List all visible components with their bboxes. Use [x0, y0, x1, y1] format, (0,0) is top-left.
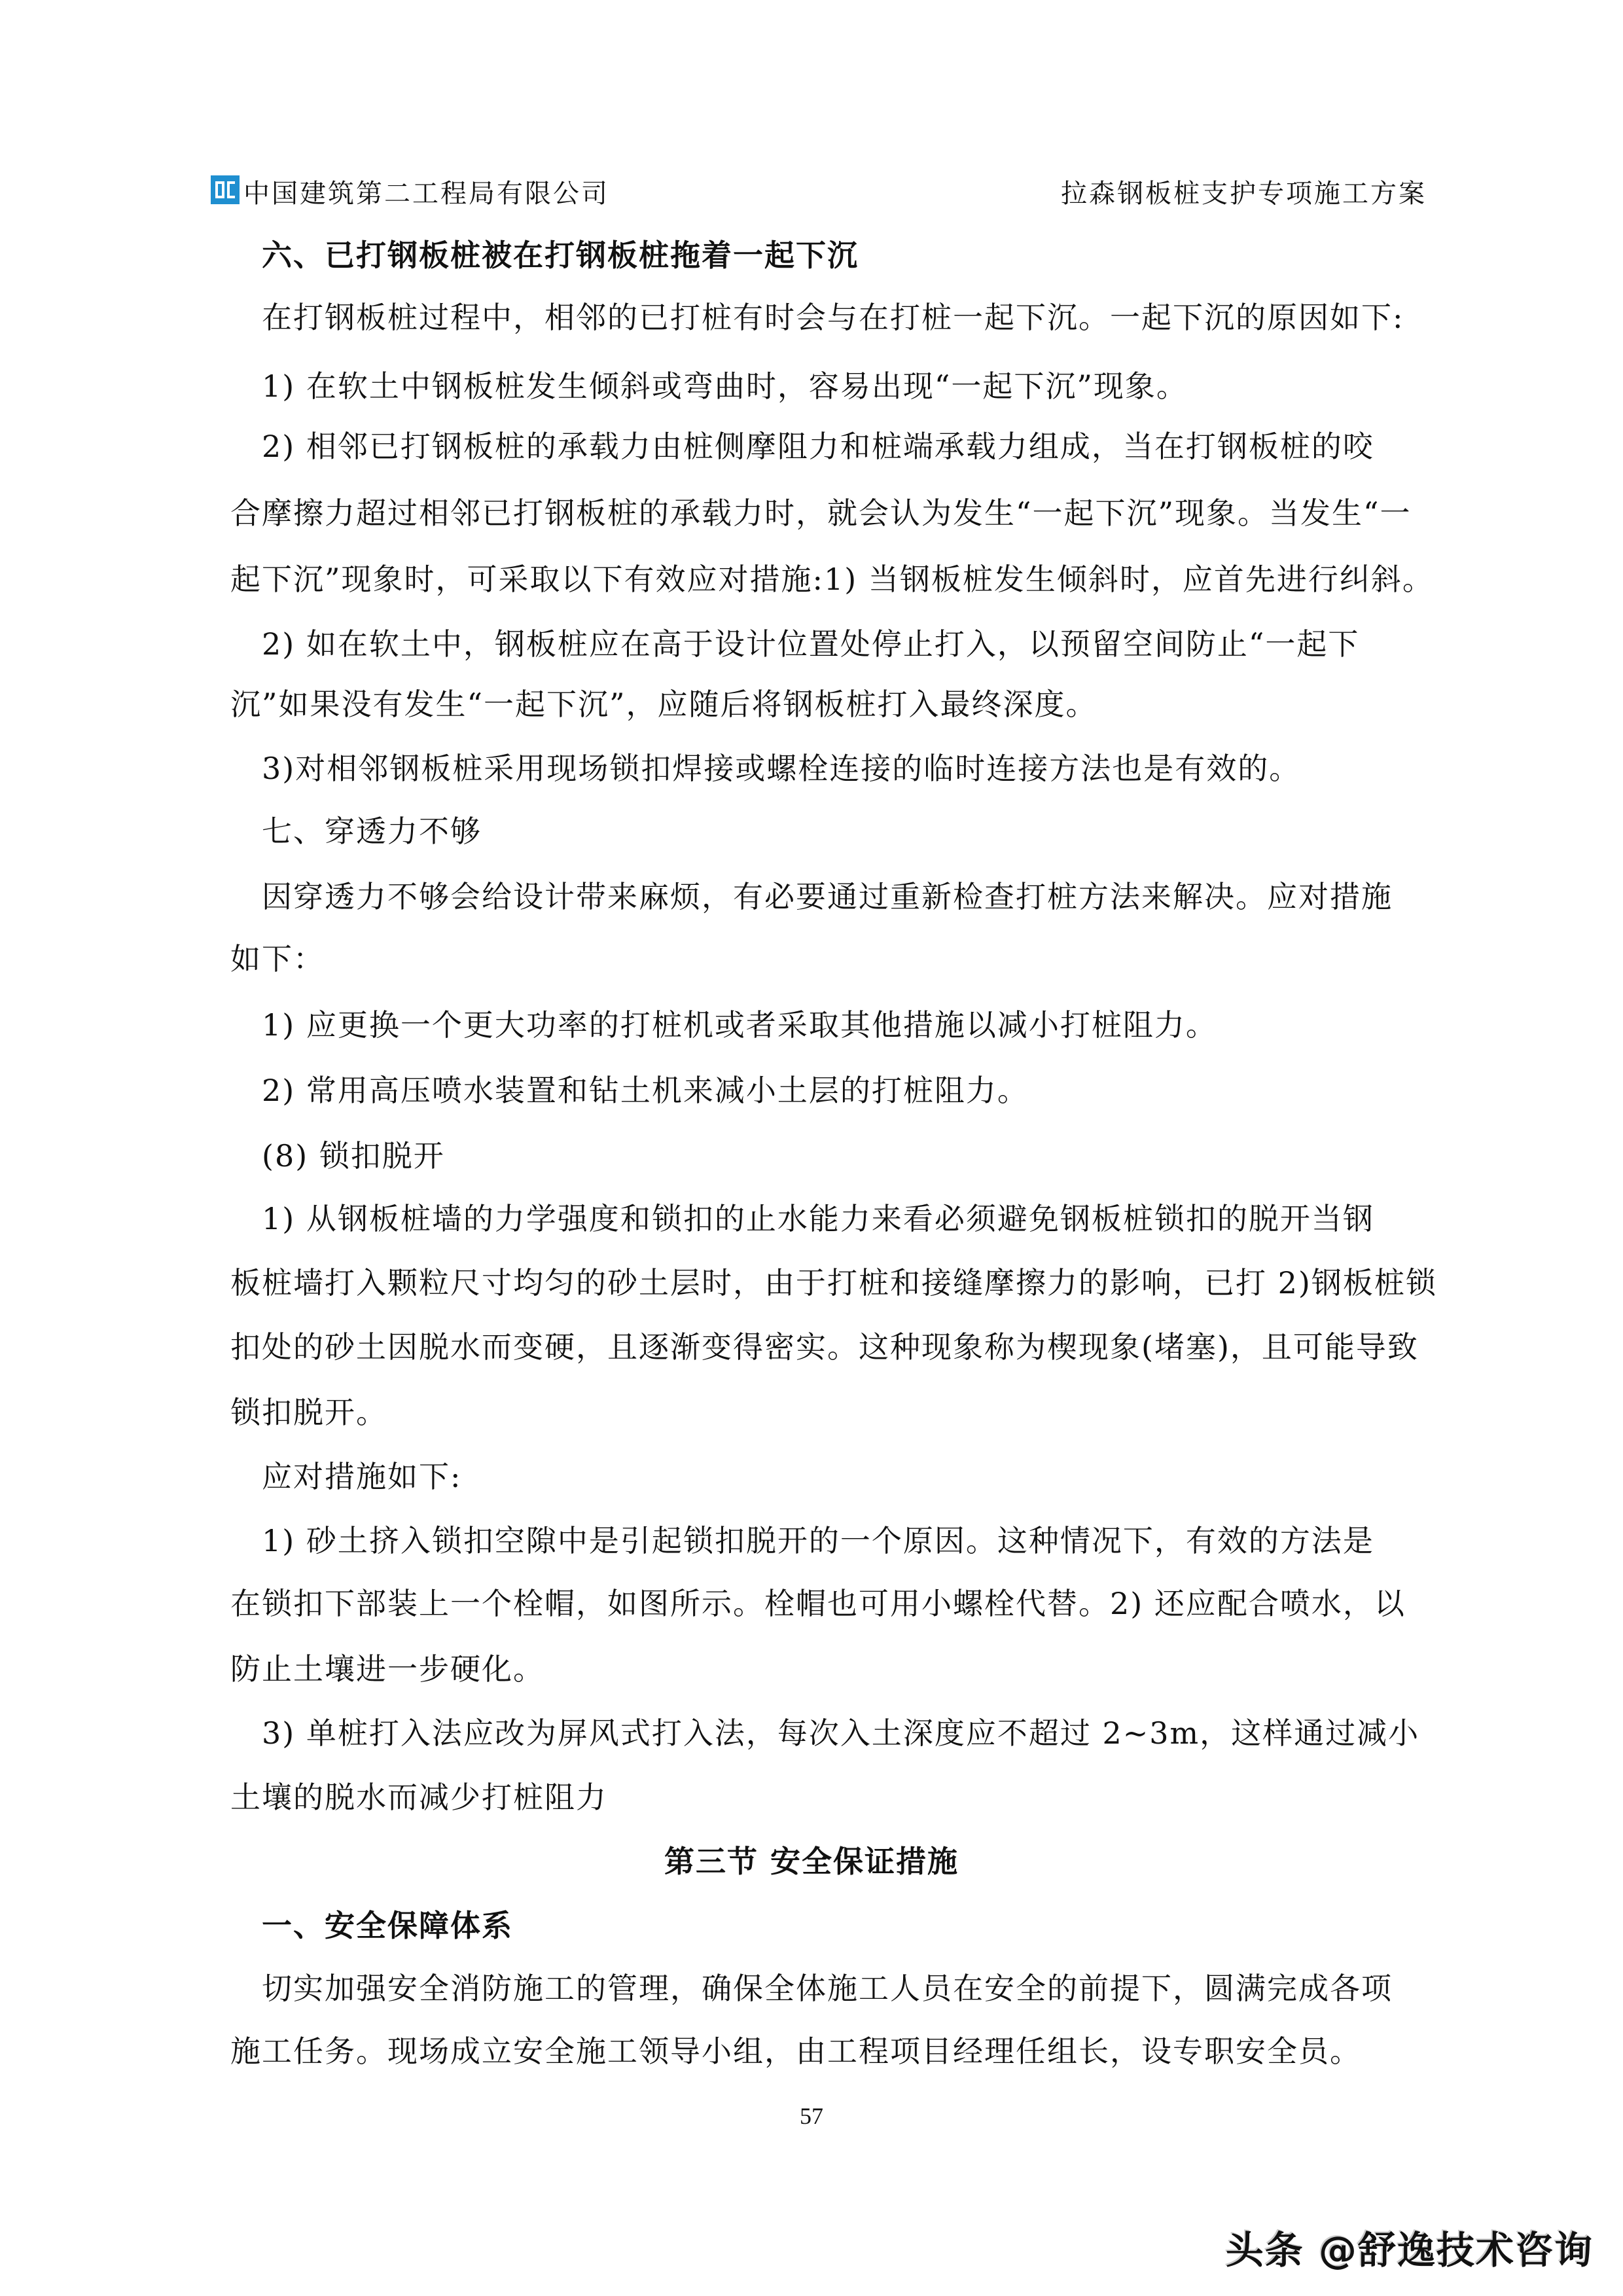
company-name: 中国建筑第二工程局有限公司	[243, 173, 609, 210]
subsection-heading: (8) 锁扣脱开	[262, 1136, 1479, 1175]
section-heading: 七、穿透力不够	[262, 812, 1479, 851]
section-heading: 六、已打钢板桩被在打钢板桩拖着一起下沉	[262, 236, 1479, 275]
paragraph-line: 防止土壤进一步硬化。	[230, 1649, 1448, 1689]
paragraph-line: 因穿透力不够会给设计带来麻烦，有必要通过重新检查打桩方法来解决。应对措施	[262, 877, 1479, 916]
document-title: 拉森钢板桩支护专项施工方案	[1061, 173, 1427, 210]
list-item: 1) 砂土挤入锁扣空隙中是引起锁扣脱开的一个原因。这种情况下，有效的方法是	[262, 1521, 1479, 1560]
list-item: 3)对相邻钢板桩采用现场锁扣焊接或螺栓连接的临时连接方法也是有效的。	[262, 749, 1479, 788]
paragraph-line: 合摩擦力超过相邻已打钢板桩的承载力时，就会认为发生“一起下沉”现象。当发生“一	[230, 493, 1448, 533]
paragraph-line: 如下：	[230, 939, 1448, 978]
list-item: 2) 常用高压喷水装置和钻土机来减小土层的打桩阻力。	[262, 1071, 1479, 1110]
list-item: 1) 应更换一个更大功率的打桩机或者采取其他措施以减小打桩阻力。	[262, 1005, 1479, 1045]
list-item: 3) 单桩打入法应改为屏风式打入法，每次入土深度应不超过 2~3m，这样通过减小	[262, 1713, 1479, 1753]
paragraph-line: 锁扣脱开。	[230, 1393, 1448, 1432]
list-item: 1) 在软土中钢板桩发生倾斜或弯曲时，容易出现“一起下沉”现象。	[262, 367, 1479, 406]
paragraph-line: 切实加强安全消防施工的管理，确保全体施工人员在安全的前提下，圆满完成各项	[262, 1969, 1479, 2008]
paragraph-line: 扣处的砂土因脱水而变硬，且逐渐变得密实。这种现象称为楔现象(堵塞)，且可能导致	[230, 1327, 1448, 1367]
paragraph-line: 板桩墙打入颗粒尺寸均匀的砂土层时，由于打桩和接缝摩擦力的影响，已打 2)钢板桩锁	[230, 1263, 1448, 1302]
section-title: 第三节 安全保证措施	[0, 1842, 1623, 1881]
list-item: 1) 从钢板桩墙的力学强度和锁扣的止水能力来看必须避免钢板桩锁扣的脱开当钢	[262, 1199, 1479, 1238]
paragraph-line: 在打钢板桩过程中，相邻的已打桩有时会与在打桩一起下沉。一起下沉的原因如下:	[262, 298, 1479, 337]
paragraph-line: 应对措施如下:	[262, 1457, 1479, 1496]
watermark: 头条 @舒逸技术咨询	[1226, 2219, 1594, 2274]
page-header: 中国建筑第二工程局有限公司 拉森钢板桩支护专项施工方案	[211, 169, 1427, 211]
paragraph-line: 土壤的脱水而减少打桩阻力	[230, 1778, 1448, 1817]
cscec-logo-icon	[211, 175, 240, 204]
page-number: 57	[0, 2102, 1623, 2130]
list-item: 2) 如在软土中，钢板桩应在高于设计位置处停止打入，以预留空间防止“一起下	[262, 624, 1479, 664]
list-item: 2) 相邻已打钢板桩的承载力由桩侧摩阻力和桩端承载力组成，当在打钢板桩的咬	[262, 427, 1479, 466]
paragraph-line: 沉”如果没有发生“一起下沉”，应随后将钢板桩打入最终深度。	[230, 685, 1448, 724]
paragraph-line: 起下沉”现象时，可采取以下有效应对措施:1) 当钢板桩发生倾斜时，应首先进行纠斜…	[230, 560, 1448, 599]
paragraph-line: 施工任务。现场成立安全施工领导小组，由工程项目经理任组长，设专职安全员。	[230, 2032, 1448, 2071]
paragraph-line: 在锁扣下部装上一个栓帽，如图所示。栓帽也可用小螺栓代替。2) 还应配合喷水，以	[230, 1584, 1448, 1623]
section-heading: 一、安全保障体系	[262, 1906, 1479, 1945]
